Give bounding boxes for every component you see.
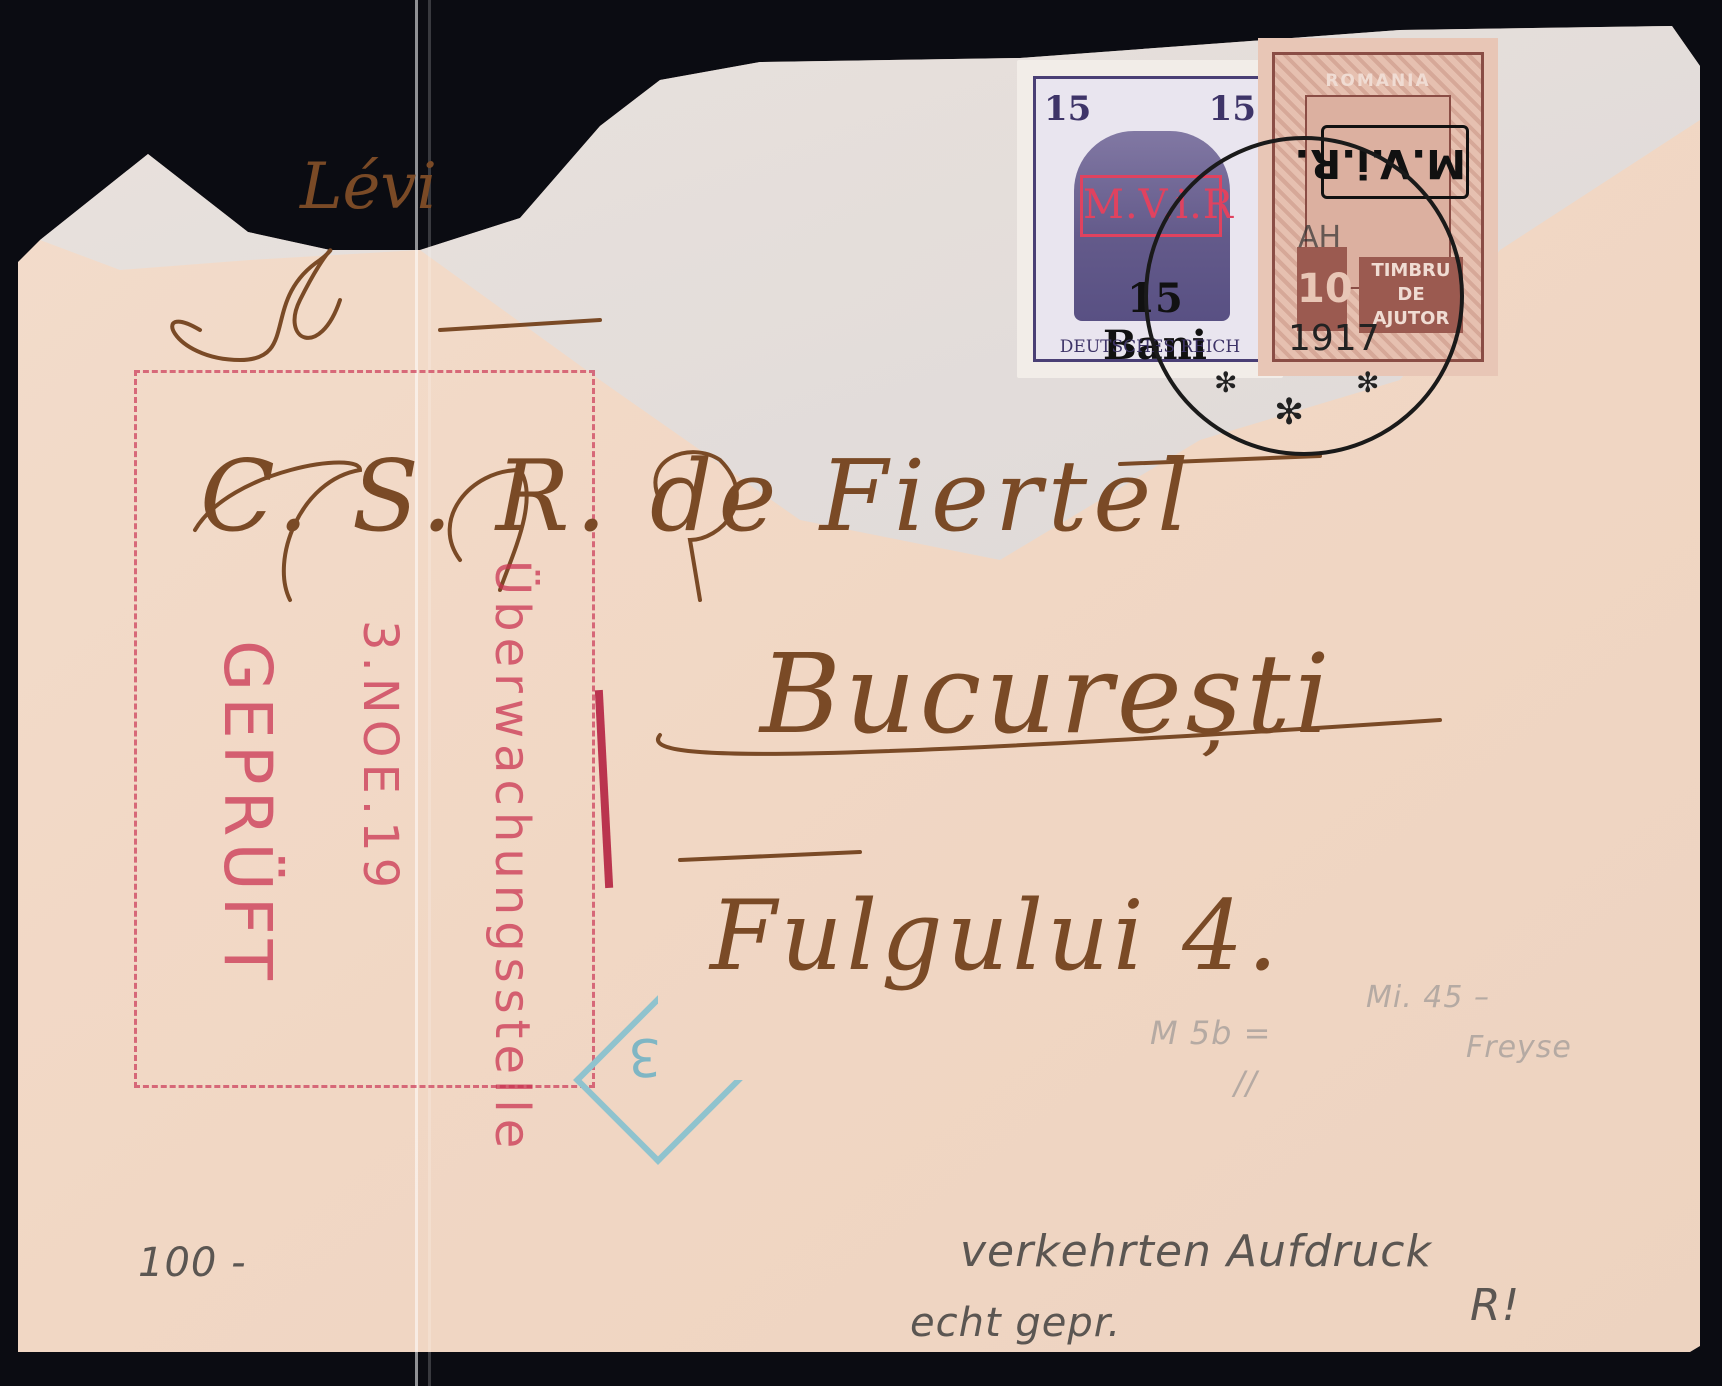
pencil-catalog-left: M 5b = xyxy=(1150,1014,1271,1052)
pencil-price: 100 - xyxy=(138,1240,247,1286)
postmark-star-icon: ✻ xyxy=(1356,366,1379,399)
pencil-remark-line2: echt gepr. xyxy=(910,1300,1121,1346)
postmark-circle: AH 1917 ✻ ✻ ✻ xyxy=(1144,136,1464,456)
postmark-town-partial: AH xyxy=(1298,220,1341,255)
pencil-catalog-left-sub: // xyxy=(1234,1064,1258,1102)
pencil-remark-line1: verkehrten Aufdruck xyxy=(960,1226,1432,1277)
recipient-city: București xyxy=(760,630,1334,758)
censor-text-date: 3.NOE.19 xyxy=(352,620,408,894)
blue-censor-number: 3 xyxy=(628,1026,661,1086)
postmark-star-icon: ✻ xyxy=(1214,366,1237,399)
recipient-name: C. S. R. de Fiertel xyxy=(200,440,1195,554)
stamp-value-right: 15 xyxy=(1209,89,1256,129)
pencil-remark-mark: R! xyxy=(1470,1280,1520,1331)
postmark-year: 1917 xyxy=(1288,318,1380,359)
cover-scan: GEPRÜFT 3.NOE.19 Überwachungsstelle 3 15… xyxy=(0,0,1722,1386)
service-note: Lévi xyxy=(300,150,437,224)
censor-text-gepruft: GEPRÜFT xyxy=(209,640,286,986)
pencil-catalog-right: Mi. 45 – xyxy=(1366,980,1490,1015)
postmark-star-icon: ✻ xyxy=(1274,392,1304,433)
recipient-street: Fulgului 4. xyxy=(710,880,1282,992)
censor-text-office: Überwachungsstelle xyxy=(484,560,540,1154)
stamp-value-left: 15 xyxy=(1044,89,1091,129)
pencil-expert: Freyse xyxy=(1466,1030,1572,1065)
stamp-country: ROMANIA xyxy=(1275,71,1481,91)
